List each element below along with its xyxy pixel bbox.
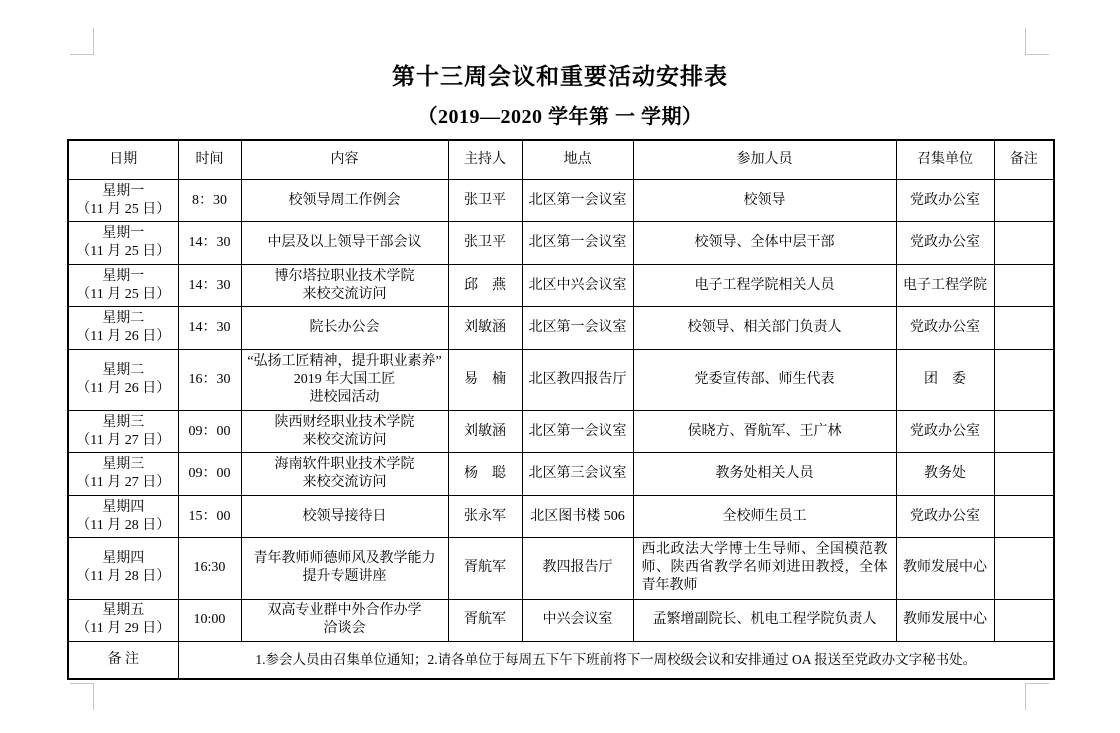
organizer-cell: 教务处 xyxy=(896,453,994,495)
content-cell: 校领导接待日 xyxy=(241,495,448,537)
host-cell: 胥航军 xyxy=(448,599,522,642)
remark-cell xyxy=(994,453,1054,495)
time-cell: 09：00 xyxy=(178,410,241,452)
crop-mark-top-left xyxy=(70,28,94,55)
remark-cell xyxy=(994,599,1054,642)
location-cell: 北区第一会议室 xyxy=(522,222,633,264)
location-cell: 北区第一会议室 xyxy=(522,410,633,452)
location-cell: 教四报告厅 xyxy=(522,538,633,599)
document-page: 第十三周会议和重要活动安排表 （2019—2020 学年第 一 学期） 日期时间… xyxy=(0,0,1120,733)
location-cell: 北区第三会议室 xyxy=(522,453,633,495)
page-subtitle: （2019—2020 学年第 一 学期） xyxy=(0,100,1120,129)
organizer-cell: 党政办公室 xyxy=(896,495,994,537)
remarks-note: 1.参会人员由召集单位通知；2.请各单位于每周五下午下班前将下一周校级会议和安排… xyxy=(178,642,1054,680)
host-cell: 张卫平 xyxy=(448,180,522,222)
participants-cell: 电子工程学院相关人员 xyxy=(633,264,896,306)
remarks-label: 备 注 xyxy=(68,642,178,680)
host-cell: 张永军 xyxy=(448,495,522,537)
organizer-cell: 党政办公室 xyxy=(896,410,994,452)
participants-cell: 全校师生员工 xyxy=(633,495,896,537)
remark-cell xyxy=(994,410,1054,452)
crop-mark-top-right xyxy=(1025,28,1049,55)
column-header: 召集单位 xyxy=(896,140,994,180)
column-header: 地点 xyxy=(522,140,633,180)
remark-cell xyxy=(994,222,1054,264)
time-cell: 14：30 xyxy=(178,307,241,349)
location-cell: 北区第一会议室 xyxy=(522,307,633,349)
date-cell: 星期二 （11 月 26 日） xyxy=(68,307,178,349)
table-row: 星期四 （11 月 28 日）16:30青年教师师德师风及教学能力 提升专题讲座… xyxy=(68,538,1054,599)
table-row: 星期四 （11 月 28 日）15：00校领导接待日张永军北区图书楼 506全校… xyxy=(68,495,1054,537)
table-row: 星期二 （11 月 26 日）14：30院长办公会刘敏涵北区第一会议室校领导、相… xyxy=(68,307,1054,349)
page-title: 第十三周会议和重要活动安排表 xyxy=(0,58,1120,91)
column-header: 日期 xyxy=(68,140,178,180)
content-cell: 海南软件职业技术学院 来校交流访问 xyxy=(241,453,448,495)
location-cell: 北区中兴会议室 xyxy=(522,264,633,306)
location-cell: 北区教四报告厅 xyxy=(522,349,633,410)
participants-cell: 教务处相关人员 xyxy=(633,453,896,495)
organizer-cell: 党政办公室 xyxy=(896,222,994,264)
content-cell: 院长办公会 xyxy=(241,307,448,349)
host-cell: 刘敏涵 xyxy=(448,307,522,349)
content-cell: “弘扬工匠精神，提升职业素养” 2019 年大国工匠 进校园活动 xyxy=(241,349,448,410)
schedule-table: 日期时间内容主持人地点参加人员召集单位备注 星期一 （11 月 25 日）8：3… xyxy=(67,139,1055,680)
host-cell: 张卫平 xyxy=(448,222,522,264)
time-cell: 8：30 xyxy=(178,180,241,222)
content-cell: 博尔塔拉职业技术学院 来校交流访问 xyxy=(241,264,448,306)
date-cell: 星期一 （11 月 25 日） xyxy=(68,264,178,306)
organizer-cell: 教师发展中心 xyxy=(896,538,994,599)
remarks-row: 备 注 1.参会人员由召集单位通知；2.请各单位于每周五下午下班前将下一周校级会… xyxy=(68,642,1054,680)
remark-cell xyxy=(994,495,1054,537)
time-cell: 16：30 xyxy=(178,349,241,410)
table-footer: 备 注 1.参会人员由召集单位通知；2.请各单位于每周五下午下班前将下一周校级会… xyxy=(68,642,1054,680)
table-header-row: 日期时间内容主持人地点参加人员召集单位备注 xyxy=(68,140,1054,180)
date-cell: 星期五 （11 月 29 日） xyxy=(68,599,178,642)
remark-cell xyxy=(994,264,1054,306)
remark-cell xyxy=(994,307,1054,349)
participants-cell: 校领导、全体中层干部 xyxy=(633,222,896,264)
time-cell: 15：00 xyxy=(178,495,241,537)
table-header: 日期时间内容主持人地点参加人员召集单位备注 xyxy=(68,140,1054,180)
time-cell: 14：30 xyxy=(178,222,241,264)
table-row: 星期二 （11 月 26 日）16：30“弘扬工匠精神，提升职业素养” 2019… xyxy=(68,349,1054,410)
location-cell: 中兴会议室 xyxy=(522,599,633,642)
content-cell: 青年教师师德师风及教学能力 提升专题讲座 xyxy=(241,538,448,599)
location-cell: 北区第一会议室 xyxy=(522,180,633,222)
table-row: 星期三 （11 月 27 日）09：00陕西财经职业技术学院 来校交流访问刘敏涵… xyxy=(68,410,1054,452)
date-cell: 星期一 （11 月 25 日） xyxy=(68,180,178,222)
schedule-table-body: 星期一 （11 月 25 日）8：30校领导周工作例会张卫平北区第一会议室校领导… xyxy=(68,180,1054,642)
participants-cell: 孟繁增副院长、机电工程学院负责人 xyxy=(633,599,896,642)
organizer-cell: 电子工程学院 xyxy=(896,264,994,306)
column-header: 内容 xyxy=(241,140,448,180)
table-row: 星期一 （11 月 25 日）14：30博尔塔拉职业技术学院 来校交流访问邱 燕… xyxy=(68,264,1054,306)
crop-mark-bottom-left xyxy=(70,683,94,710)
host-cell: 胥航军 xyxy=(448,538,522,599)
organizer-cell: 党政办公室 xyxy=(896,180,994,222)
content-cell: 陕西财经职业技术学院 来校交流访问 xyxy=(241,410,448,452)
table-row: 星期五 （11 月 29 日）10:00双高专业群中外合作办学 洽谈会胥航军中兴… xyxy=(68,599,1054,642)
column-header: 时间 xyxy=(178,140,241,180)
organizer-cell: 团 委 xyxy=(896,349,994,410)
remark-cell xyxy=(994,538,1054,599)
organizer-cell: 教师发展中心 xyxy=(896,599,994,642)
date-cell: 星期一 （11 月 25 日） xyxy=(68,222,178,264)
participants-cell: 党委宣传部、师生代表 xyxy=(633,349,896,410)
host-cell: 杨 聪 xyxy=(448,453,522,495)
participants-cell: 校领导 xyxy=(633,180,896,222)
participants-cell: 侯晓方、胥航军、王广林 xyxy=(633,410,896,452)
participants-cell: 校领导、相关部门负责人 xyxy=(633,307,896,349)
organizer-cell: 党政办公室 xyxy=(896,307,994,349)
time-cell: 16:30 xyxy=(178,538,241,599)
date-cell: 星期三 （11 月 27 日） xyxy=(68,410,178,452)
table-row: 星期一 （11 月 25 日）14：30中层及以上领导干部会议张卫平北区第一会议… xyxy=(68,222,1054,264)
remark-cell xyxy=(994,180,1054,222)
column-header: 参加人员 xyxy=(633,140,896,180)
location-cell: 北区图书楼 506 xyxy=(522,495,633,537)
date-cell: 星期四 （11 月 28 日） xyxy=(68,495,178,537)
table-row: 星期一 （11 月 25 日）8：30校领导周工作例会张卫平北区第一会议室校领导… xyxy=(68,180,1054,222)
participants-cell: 西北政法大学博士生导师、全国模范教师、陕西省教学名师刘进田教授，全体青年教师 xyxy=(633,538,896,599)
content-cell: 双高专业群中外合作办学 洽谈会 xyxy=(241,599,448,642)
remark-cell xyxy=(994,349,1054,410)
host-cell: 刘敏涵 xyxy=(448,410,522,452)
date-cell: 星期四 （11 月 28 日） xyxy=(68,538,178,599)
time-cell: 14：30 xyxy=(178,264,241,306)
host-cell: 邱 燕 xyxy=(448,264,522,306)
date-cell: 星期三 （11 月 27 日） xyxy=(68,453,178,495)
table-row: 星期三 （11 月 27 日）09：00海南软件职业技术学院 来校交流访问杨 聪… xyxy=(68,453,1054,495)
host-cell: 易 楠 xyxy=(448,349,522,410)
content-cell: 校领导周工作例会 xyxy=(241,180,448,222)
content-cell: 中层及以上领导干部会议 xyxy=(241,222,448,264)
crop-mark-bottom-right xyxy=(1025,683,1049,710)
time-cell: 10:00 xyxy=(178,599,241,642)
date-cell: 星期二 （11 月 26 日） xyxy=(68,349,178,410)
column-header: 主持人 xyxy=(448,140,522,180)
time-cell: 09：00 xyxy=(178,453,241,495)
column-header: 备注 xyxy=(994,140,1054,180)
